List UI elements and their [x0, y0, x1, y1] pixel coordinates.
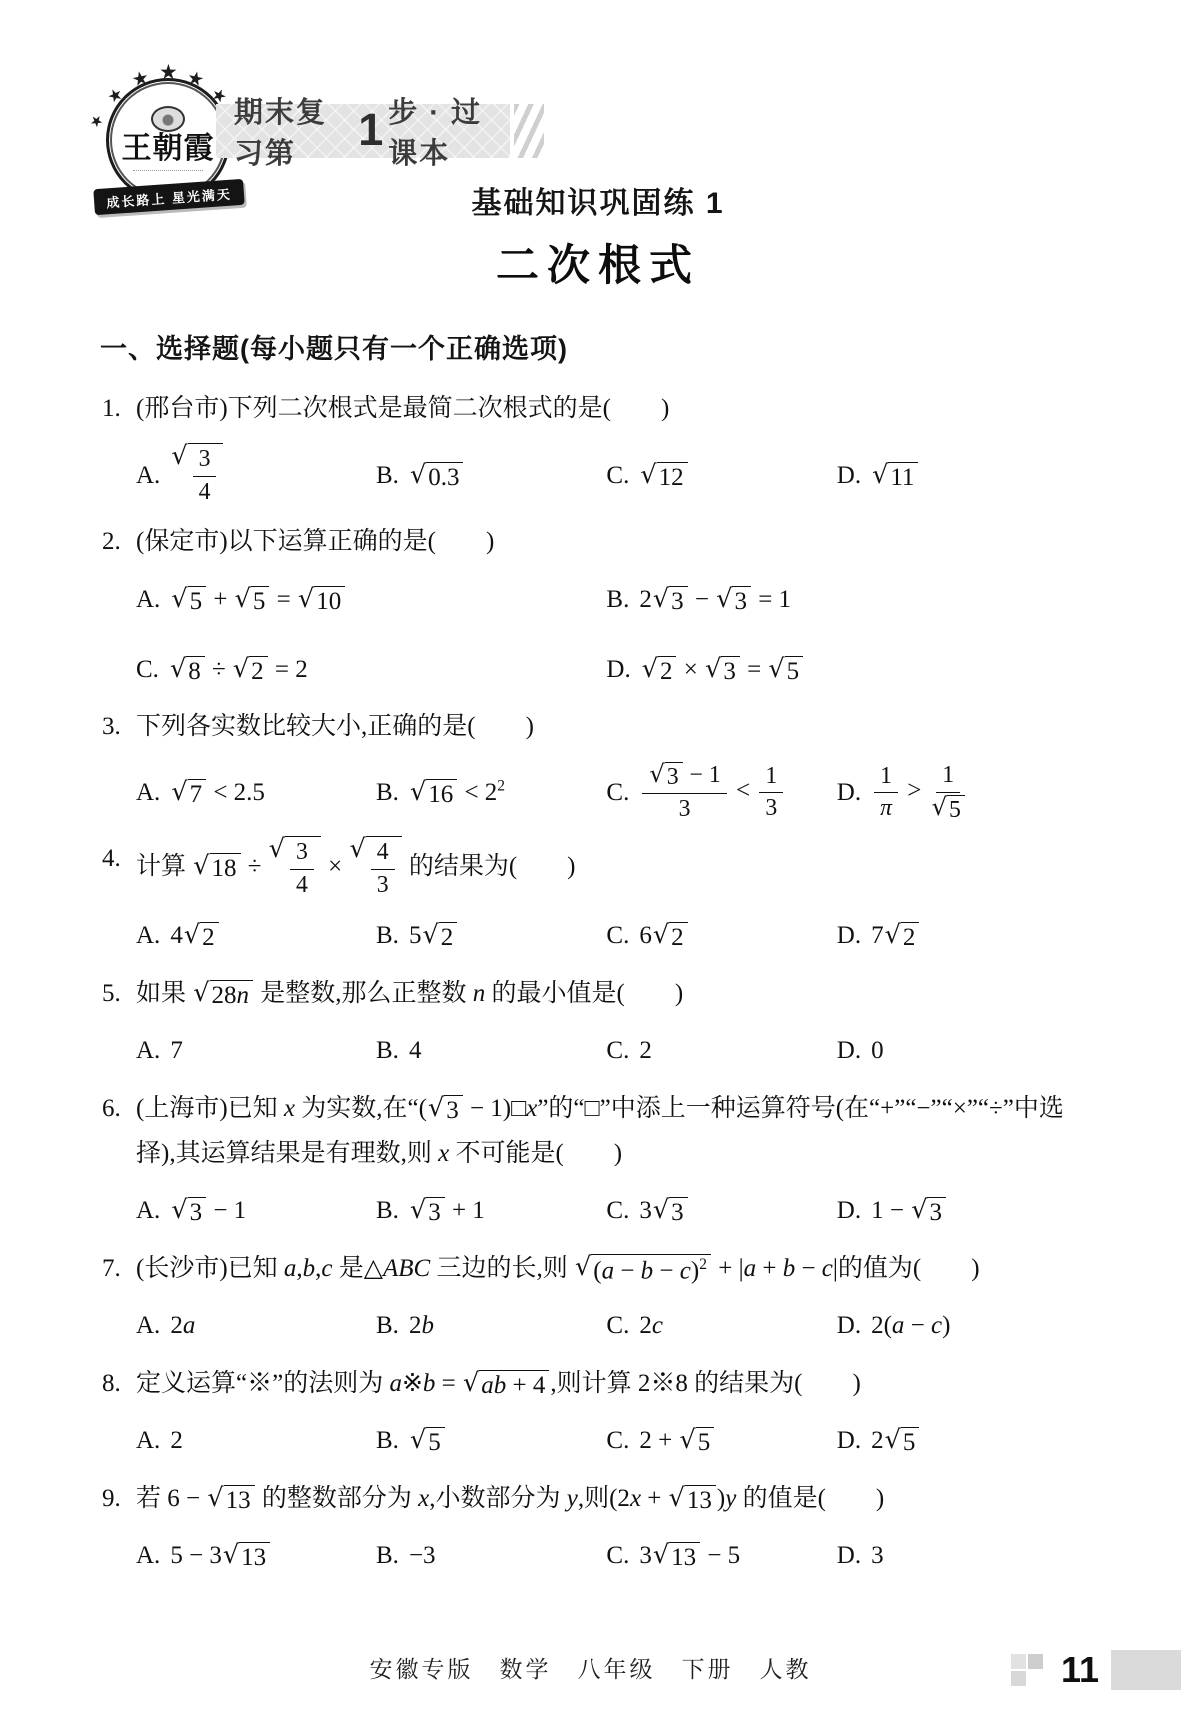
practice-title: 基础知识巩固练 1 — [100, 178, 1096, 222]
option-value: √16 < 22 — [409, 770, 505, 815]
question-number: 8. — [102, 1361, 121, 1406]
options-row: A.2aB.2bC.2cD.2(a − c) — [136, 1303, 1096, 1349]
option-value: 1π > 1√5 — [871, 761, 969, 824]
options-row: A.√3 − 1B.√3 + 1C.3√3D.1 − √3 — [136, 1188, 1096, 1234]
option-A: A.4√2 — [136, 913, 376, 959]
option-B: B.2b — [376, 1303, 606, 1349]
option-value: √5 + √5 = √10 — [170, 577, 346, 622]
option-B: B.−3 — [376, 1533, 606, 1579]
option-label: D. — [606, 647, 630, 692]
option-value: √3 + 1 — [409, 1188, 485, 1233]
topic-title: 二次根式 — [100, 232, 1096, 293]
option-value: √12 — [639, 453, 688, 498]
question-stem: 下列各实数比较大小,正确的是( ) — [136, 713, 534, 740]
options-row: A.5 − 3√13B.−3C.3√13 − 5D.3 — [136, 1533, 1096, 1579]
option-label: D. — [837, 453, 861, 498]
question-list: 1. (邢台市)下列二次根式是最简二次根式的是( ) A.√34B.√0.3C.… — [100, 386, 1096, 1579]
option-label: B. — [376, 913, 399, 958]
option-value: √3 − 1 — [170, 1188, 246, 1233]
question-number: 4. — [102, 836, 121, 881]
option-D: D.1 − √3 — [837, 1188, 1096, 1234]
option-label: D. — [837, 1303, 861, 1348]
option-value: 3√3 — [639, 1188, 688, 1233]
option-label: D. — [837, 1418, 861, 1463]
option-value: 2 — [170, 1418, 183, 1463]
page-number-decoration — [1011, 1654, 1043, 1686]
question-stem: 若 6 − √13 的整数部分为 x,小数部分为 y,则(2x + √13)y … — [136, 1485, 884, 1512]
option-label: A. — [136, 913, 160, 958]
option-value: √11 — [871, 453, 919, 498]
question-number: 6. — [102, 1086, 121, 1131]
options-row: A.√5 + √5 = √10B.2√3 − √3 = 1C.√8 ÷ √2 =… — [136, 576, 1096, 692]
option-label: A. — [136, 1303, 160, 1348]
section-heading: 一、选择题(每小题只有一个正确选项) — [100, 327, 1096, 366]
options-row: A.√34B.√0.3C.√12D.√11 — [136, 443, 1096, 507]
option-value: 2√5 — [871, 1418, 920, 1463]
question-number: 3. — [102, 704, 121, 749]
option-A: A.2a — [136, 1303, 376, 1349]
option-label: A. — [136, 770, 160, 815]
option-D: D.1π > 1√5 — [837, 761, 1096, 824]
option-value: 2 + √5 — [639, 1418, 715, 1463]
page-number-block: 11 — [1011, 1648, 1181, 1692]
question-number: 7. — [102, 1246, 121, 1291]
question-number: 1. — [102, 386, 121, 431]
options-row: A.√7 < 2.5B.√16 < 22C.√3 − 13 < 13D.1π >… — [136, 761, 1096, 824]
banner-text-post: 步 · 过课本 — [388, 90, 510, 172]
option-label: B. — [376, 770, 399, 815]
worksheet: 基础知识巩固练 1 二次根式 一、选择题(每小题只有一个正确选项) 1. (邢台… — [100, 178, 1096, 1591]
option-D: D.7√2 — [837, 913, 1096, 959]
option-value: √3 − 13 < 13 — [639, 761, 786, 824]
option-label: B. — [376, 1303, 399, 1348]
option-D: D.0 — [837, 1028, 1096, 1074]
banner-text-pre: 期末复习第 — [234, 90, 355, 172]
option-value: 4 — [409, 1028, 422, 1073]
option-value: 5√2 — [409, 913, 458, 958]
option-B: B.4 — [376, 1028, 606, 1074]
option-label: C. — [606, 1028, 629, 1073]
option-value: 7√2 — [871, 913, 920, 958]
option-value: 2 — [639, 1028, 652, 1073]
option-value: 2√3 − √3 = 1 — [639, 577, 791, 622]
option-label: B. — [376, 1188, 399, 1233]
option-label: D. — [837, 770, 861, 815]
brand-name: 王朝霞 — [122, 134, 215, 164]
question-number: 9. — [102, 1476, 121, 1521]
question: 8. 定义运算“※”的法则为 a※b = √ab + 4,则计算 2※8 的结果… — [100, 1361, 1096, 1464]
option-D: D.√11 — [837, 452, 1096, 498]
option-A: A.√5 + √5 = √10 — [136, 576, 606, 622]
option-value: 1 − √3 — [871, 1188, 947, 1233]
option-label: B. — [376, 1533, 399, 1578]
question: 2. (保定市)以下运算正确的是( ) A.√5 + √5 = √10B.2√3… — [100, 519, 1096, 692]
question-stem: 定义运算“※”的法则为 a※b = √ab + 4,则计算 2※8 的结果为( … — [136, 1370, 861, 1397]
option-C: C.2 + √5 — [606, 1418, 836, 1464]
option-value: 3 — [871, 1533, 884, 1578]
option-label: A. — [136, 1533, 160, 1578]
question: 3. 下列各实数比较大小,正确的是( ) A.√7 < 2.5B.√16 < 2… — [100, 704, 1096, 824]
option-C: C.2 — [606, 1028, 836, 1074]
question-stem: (上海市)已知 x 为实数,在“(√3 − 1)□x”的“□”中添上一种运算符号… — [136, 1095, 1064, 1167]
option-D: D.3 — [837, 1533, 1096, 1579]
option-A: A.√34 — [136, 443, 376, 507]
option-label: C. — [606, 913, 629, 958]
option-value: 6√2 — [639, 913, 688, 958]
banner-step-number: 1 — [358, 104, 385, 156]
header-banner: 期末复习第 1 步 · 过课本 — [216, 104, 510, 158]
banner-stripes-decoration — [514, 104, 544, 158]
option-value: √7 < 2.5 — [170, 770, 265, 815]
option-D: D.√2 × √3 = √5 — [606, 646, 1096, 692]
option-A: A.√3 − 1 — [136, 1188, 376, 1234]
option-C: C.√8 ÷ √2 = 2 — [136, 646, 606, 692]
page-number: 11 — [1049, 1648, 1111, 1692]
option-label: D. — [837, 913, 861, 958]
option-A: A.5 − 3√13 — [136, 1533, 376, 1579]
option-value: √34 — [170, 443, 224, 507]
option-B: B.√0.3 — [376, 452, 606, 498]
option-value: √8 ÷ √2 = 2 — [169, 647, 308, 692]
question-number: 2. — [102, 519, 121, 564]
option-label: B. — [606, 577, 629, 622]
option-D: D.2√5 — [837, 1418, 1096, 1464]
option-C: C.√3 − 13 < 13 — [606, 761, 836, 824]
option-label: A. — [136, 1028, 160, 1073]
question-stem: 如果 √28n 是整数,那么正整数 n 的最小值是( ) — [136, 980, 683, 1007]
option-B: B.√16 < 22 — [376, 770, 606, 816]
option-label: C. — [606, 1303, 629, 1348]
brand-divider — [133, 170, 203, 175]
options-row: A.2B.√5C.2 + √5D.2√5 — [136, 1418, 1096, 1464]
option-label: D. — [837, 1533, 861, 1578]
options-row: A.4√2B.5√2C.6√2D.7√2 — [136, 913, 1096, 959]
option-A: A.7 — [136, 1028, 376, 1074]
option-B: B.√5 — [376, 1418, 606, 1464]
question: 4. 计算 √18 ÷ √34 × √43 的结果为( ) A.4√2B.5√2… — [100, 836, 1096, 958]
option-value: 7 — [170, 1028, 183, 1073]
question-stem: 计算 √18 ÷ √34 × √43 的结果为( ) — [136, 853, 576, 880]
option-value: 2b — [409, 1303, 434, 1348]
footer-edition-info: 安徽专版 数学 八年级 下册 人教 — [0, 1651, 1181, 1684]
option-label: C. — [606, 1533, 629, 1578]
option-value: 0 — [871, 1028, 884, 1073]
option-B: B.√3 + 1 — [376, 1188, 606, 1234]
question-stem: (长沙市)已知 a,b,c 是△ABC 三边的长,则 √(a − b − c)2… — [136, 1255, 980, 1282]
option-A: A.√7 < 2.5 — [136, 770, 376, 816]
star-icon: ★ — [87, 111, 107, 131]
page-edge-strip — [1111, 1650, 1181, 1690]
option-label: B. — [376, 1418, 399, 1463]
option-label: A. — [136, 577, 160, 622]
question: 7. (长沙市)已知 a,b,c 是△ABC 三边的长,则 √(a − b − … — [100, 1246, 1096, 1349]
option-label: B. — [376, 1028, 399, 1073]
option-value: 2c — [639, 1303, 663, 1348]
question: 9. 若 6 − √13 的整数部分为 x,小数部分为 y,则(2x + √13… — [100, 1476, 1096, 1579]
option-label: C. — [606, 453, 629, 498]
option-value: 2(a − c) — [871, 1303, 950, 1348]
option-value: 4√2 — [170, 913, 219, 958]
option-B: B.2√3 − √3 = 1 — [606, 576, 1096, 622]
option-value: 2a — [170, 1303, 195, 1348]
question: 6. (上海市)已知 x 为实数,在“(√3 − 1)□x”的“□”中添上一种运… — [100, 1086, 1096, 1234]
option-value: √0.3 — [409, 453, 465, 498]
question-stem: (保定市)以下运算正确的是( ) — [136, 528, 494, 555]
option-B: B.5√2 — [376, 913, 606, 959]
option-label: A. — [136, 1188, 160, 1233]
option-value: −3 — [409, 1533, 436, 1578]
option-C: C.√12 — [606, 452, 836, 498]
option-C: C.3√13 − 5 — [606, 1533, 836, 1579]
option-D: D.2(a − c) — [837, 1303, 1096, 1349]
option-value: √2 × √3 = √5 — [641, 647, 804, 692]
option-label: C. — [606, 770, 629, 815]
question: 1. (邢台市)下列二次根式是最简二次根式的是( ) A.√34B.√0.3C.… — [100, 386, 1096, 507]
option-value: √5 — [409, 1418, 446, 1463]
option-label: C. — [606, 1418, 629, 1463]
question-number: 5. — [102, 971, 121, 1016]
option-label: D. — [837, 1188, 861, 1233]
option-label: C. — [136, 647, 159, 692]
question: 5. 如果 √28n 是整数,那么正整数 n 的最小值是( ) A.7B.4C.… — [100, 971, 1096, 1074]
option-label: A. — [136, 453, 160, 498]
option-A: A.2 — [136, 1418, 376, 1464]
option-C: C.3√3 — [606, 1188, 836, 1234]
option-C: C.6√2 — [606, 913, 836, 959]
option-label: A. — [136, 1418, 160, 1463]
option-label: C. — [606, 1188, 629, 1233]
option-label: B. — [376, 453, 399, 498]
option-label: D. — [837, 1028, 861, 1073]
portrait-icon — [151, 106, 185, 132]
option-C: C.2c — [606, 1303, 836, 1349]
option-value: 3√13 − 5 — [639, 1533, 740, 1578]
option-value: 5 − 3√13 — [170, 1533, 271, 1578]
options-row: A.7B.4C.2D.0 — [136, 1028, 1096, 1074]
question-stem: (邢台市)下列二次根式是最简二次根式的是( ) — [136, 395, 669, 422]
